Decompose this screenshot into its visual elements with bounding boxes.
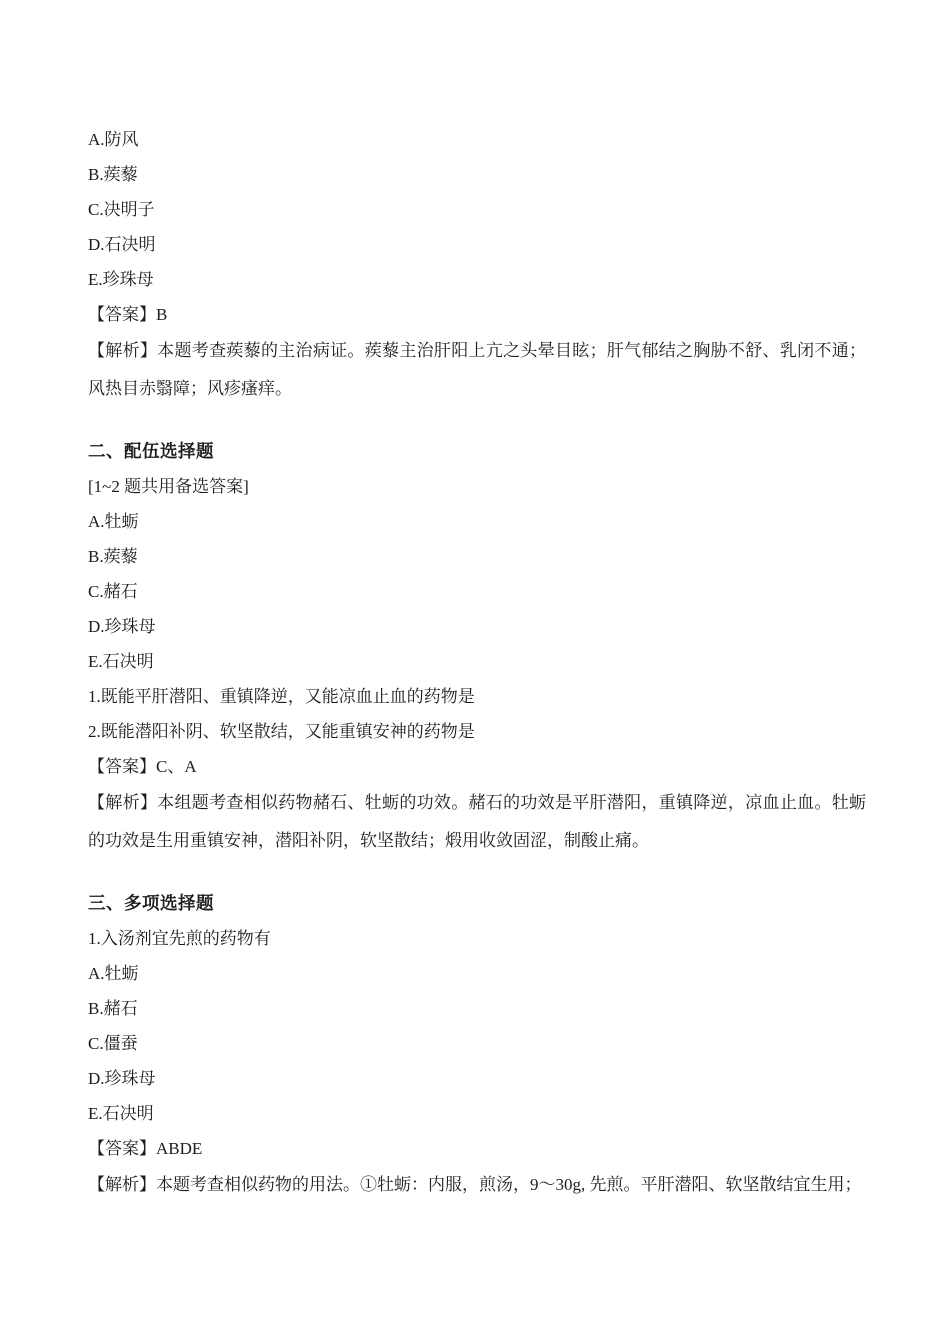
option-line-a: A.防风 [88,122,866,157]
option-line-a: A.牡蛎 [88,956,866,991]
answer-line: 【答案】B [88,297,866,332]
question-line-2: 2.既能潜阳补阴、软坚散结，又能重镇安神的药物是 [88,714,866,749]
answer-line: 【答案】C、A [88,749,866,784]
section-gap [88,408,866,434]
option-line-d: D.珍珠母 [88,609,866,644]
shared-answers-note: [1~2 题共用备选答案] [88,469,866,504]
option-line-b: B.蒺藜 [88,157,866,192]
section-heading-2: 二、配伍选择题 [88,434,866,469]
question-line-1: 1.既能平肝潜阳、重镇降逆，又能凉血止血的药物是 [88,679,866,714]
document-page: A.防风 B.蒺藜 C.决明子 D.石决明 E.珍珠母 【答案】B 【解析】本题… [0,0,950,1344]
option-line-e: E.石决明 [88,1096,866,1131]
section-heading-3: 三、多项选择题 [88,886,866,921]
analysis-paragraph: 【解析】本组题考查相似药物赭石、牡蛎的功效。赭石的功效是平肝潜阳，重镇降逆，凉血… [88,784,866,860]
option-line-b: B.赭石 [88,991,866,1026]
option-line-b: B.蒺藜 [88,539,866,574]
document-content: A.防风 B.蒺藜 C.决明子 D.石决明 E.珍珠母 【答案】B 【解析】本题… [0,0,950,1204]
option-line-e: E.珍珠母 [88,262,866,297]
option-line-e: E.石决明 [88,644,866,679]
answer-line: 【答案】ABDE [88,1131,866,1166]
option-line-c: C.决明子 [88,192,866,227]
option-line-c: C.僵蚕 [88,1026,866,1061]
question-line-1: 1.入汤剂宜先煎的药物有 [88,921,866,956]
option-line-d: D.珍珠母 [88,1061,866,1096]
section-gap [88,860,866,886]
option-line-c: C.赭石 [88,574,866,609]
option-line-a: A.牡蛎 [88,504,866,539]
analysis-paragraph: 【解析】本题考查蒺藜的主治病证。蒺藜主治肝阳上亢之头晕目眩；肝气郁结之胸胁不舒、… [88,332,866,408]
analysis-paragraph: 【解析】本题考查相似药物的用法。①牡蛎：内服，煎汤，9～30g, 先煎。平肝潜阳… [88,1166,866,1204]
option-line-d: D.石决明 [88,227,866,262]
